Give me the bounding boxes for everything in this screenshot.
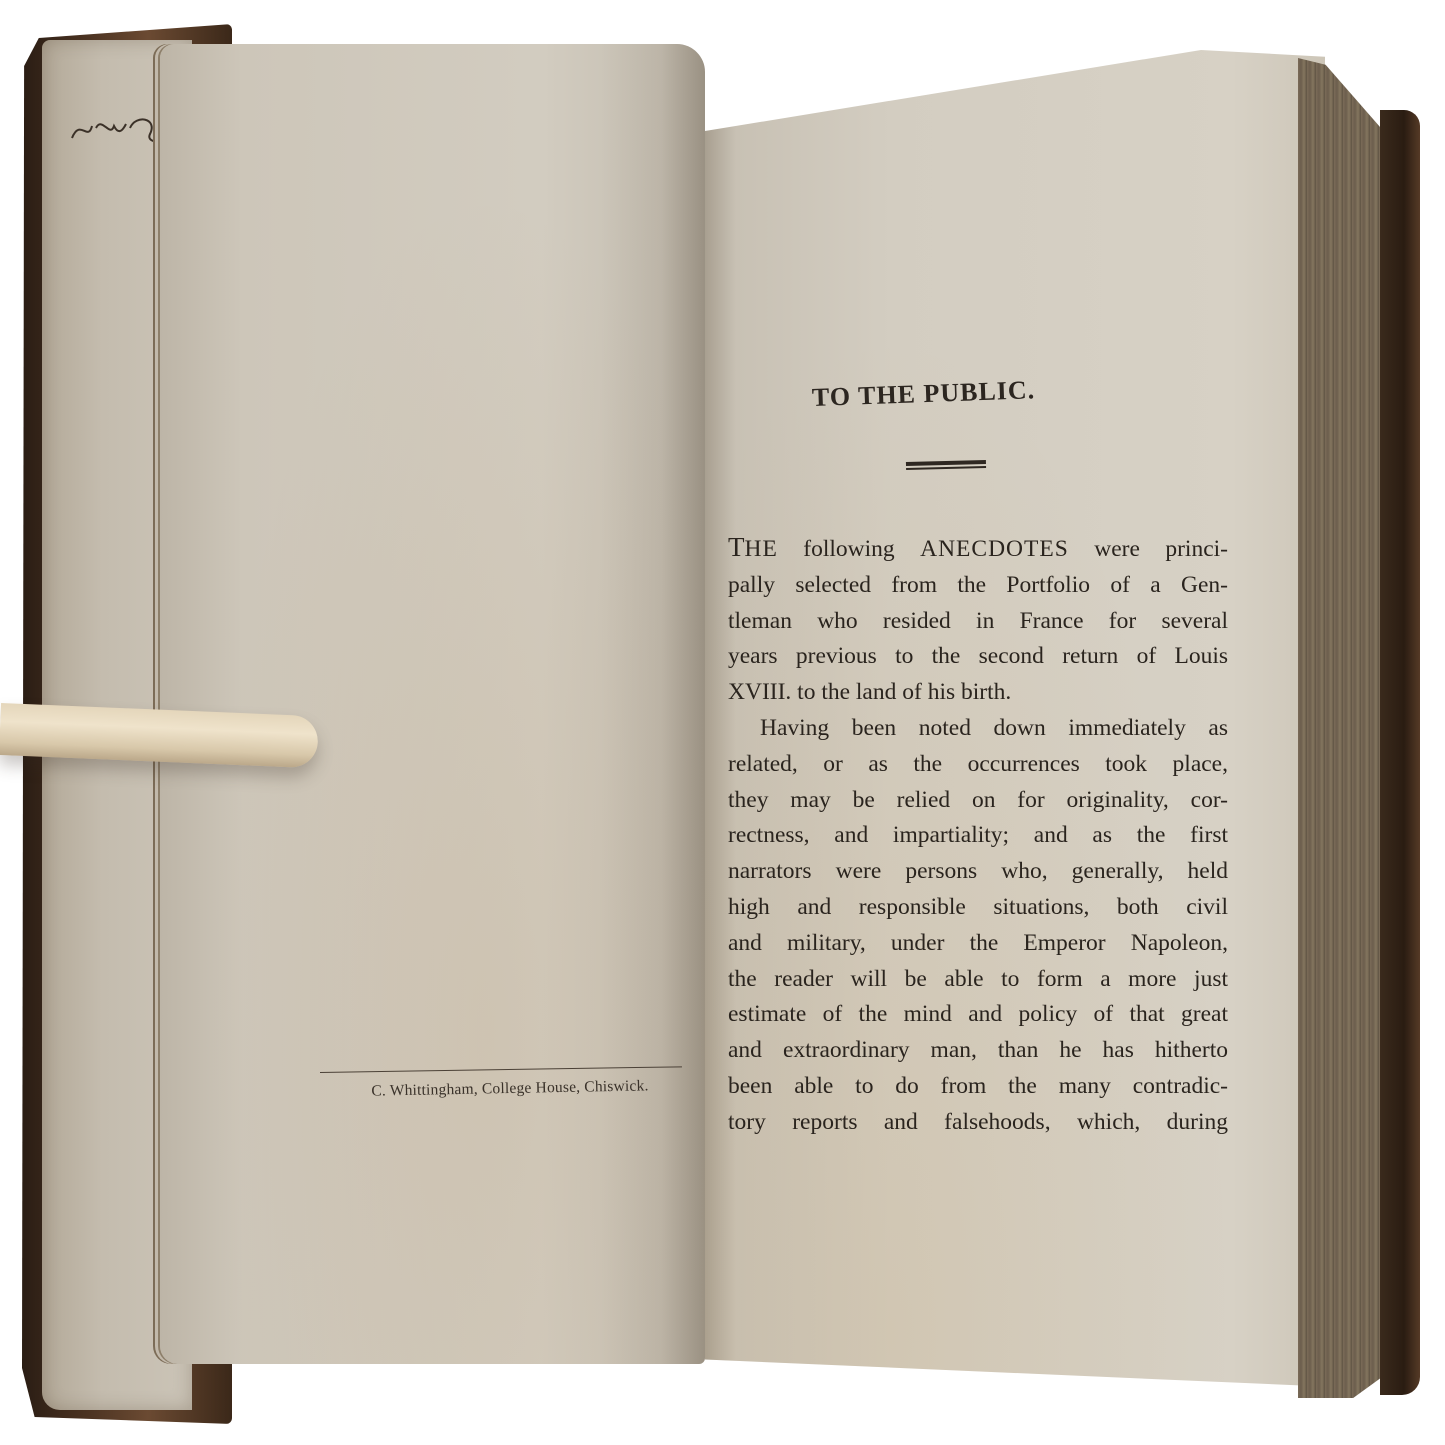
text-line: been able to do from the many contradic- [728,1069,1228,1105]
text-line: and extraordinary man, than he has hithe… [728,1033,1228,1069]
text-line: pally selected from the Portfolio of a G… [728,568,1228,604]
text-line: the reader will be able to form a more j… [728,962,1228,998]
text-line: high and responsible situations, both ci… [728,890,1228,926]
handwritten-inscription [62,108,172,152]
fore-edge [1298,58,1390,1398]
text-line: XVIII. to the land of his birth. [728,675,1228,711]
text-line: Having been noted down immediately as [728,711,1228,747]
text-line: THE following ANECDOTES were princi- [728,530,1228,568]
body-text: THE following ANECDOTES were princi- pal… [728,530,1228,1141]
text-line: years previous to the second return of L… [728,639,1228,675]
book-photo: C. Whittingham, College House, Chiswick.… [0,0,1445,1445]
right-leather-cover [1380,110,1420,1395]
text-line: related, or as the occurrences took plac… [728,747,1228,783]
text-line: estimate of the mind and policy of that … [728,997,1228,1033]
gutter-shadow [600,44,705,1364]
text-line: tory reports and falsehoods, which, duri… [728,1105,1228,1141]
text-line: and military, under the Emperor Napoleon… [728,926,1228,962]
text-line: narrators were persons who, generally, h… [728,854,1228,890]
text-line: tleman who resided in France for several [728,604,1228,640]
text-line: rectness, and impartiality; and as the f… [728,818,1228,854]
text-line: they may be relied on for originality, c… [728,783,1228,819]
